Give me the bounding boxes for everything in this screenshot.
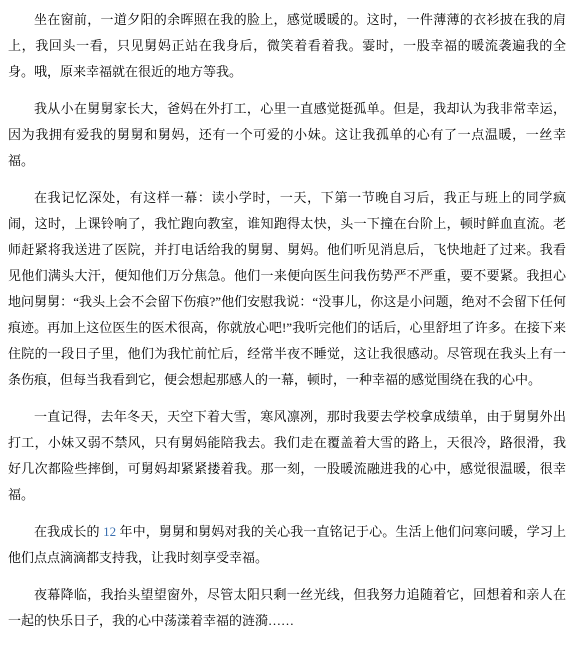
document-page: 坐在窗前，一道夕阳的余晖照在我的脸上，感觉暖暖的。这时，一件薄薄的衣衫披在我的肩… bbox=[0, 0, 573, 652]
highlighted-number: 12 bbox=[103, 524, 116, 539]
paragraph-opening: 坐在窗前，一道夕阳的余晖照在我的脸上，感觉暖暖的。这时，一件薄薄的衣衫披在我的肩… bbox=[8, 7, 566, 85]
paragraph-background: 我从小在舅舅家长大，爸妈在外打工，心里一直感觉挺孤单。但是，我却认为我非常幸运，… bbox=[8, 96, 566, 174]
paragraph-text-before-number: 在我成长的 bbox=[34, 524, 103, 539]
paragraph-memory-snow: 一直记得，去年冬天，天空下着大雪，寒风凛冽，那时我要去学校拿成绩单，由于舅舅外出… bbox=[8, 404, 566, 508]
paragraph-growth: 在我成长的 12 年中，舅舅和舅妈对我的关心我一直铭记于心。生活上他们问寒问暖，… bbox=[8, 519, 566, 571]
paragraph-closing: 夜幕降临，我抬头望望窗外，尽管太阳只剩一丝光线，但我努力追随着它，回想着和亲人在… bbox=[8, 582, 566, 634]
paragraph-memory-hospital: 在我记忆深处，有这样一幕：读小学时，一天，下第一节晚自习后，我正与班上的同学疯闹… bbox=[8, 185, 566, 393]
essay-body: 坐在窗前，一道夕阳的余晖照在我的脸上，感觉暖暖的。这时，一件薄薄的衣衫披在我的肩… bbox=[0, 0, 573, 634]
